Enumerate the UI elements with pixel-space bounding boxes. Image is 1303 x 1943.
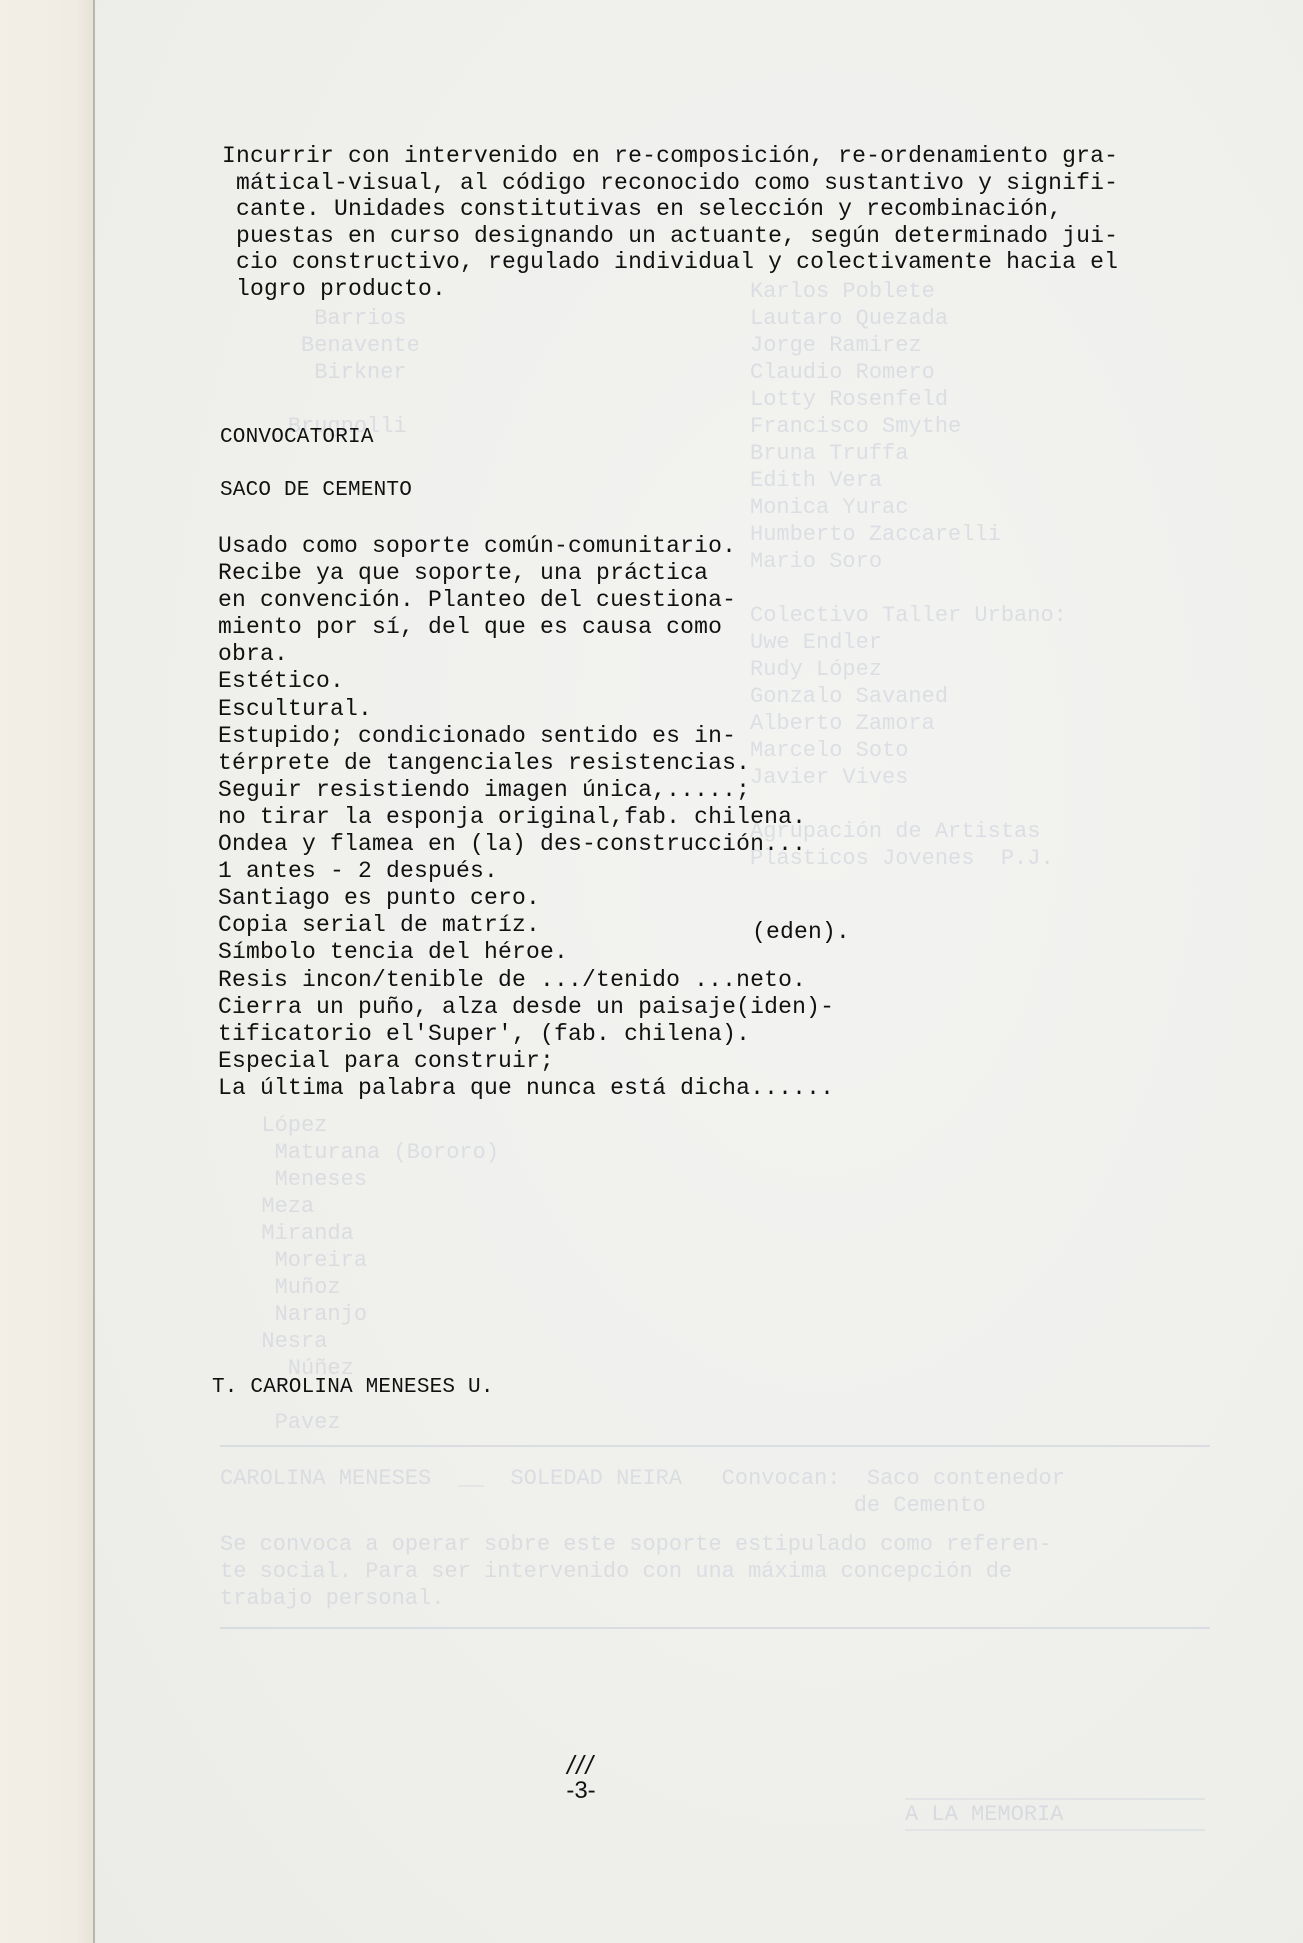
intro-line: cio constructivo, regulado individual y …: [222, 249, 1118, 276]
show-through-line: Moreira: [235, 1247, 499, 1274]
poem-line: Seguir resistiendo imagen única,.....;: [218, 777, 834, 804]
intro-line: mátical-visual, al código reconocido com…: [222, 170, 1118, 197]
poem-line: Recibe ya que soporte, una práctica: [218, 560, 834, 587]
show-through-memoria: A LA MEMORIA: [905, 1798, 1205, 1831]
show-through-line: Meza: [235, 1193, 499, 1220]
poem-line: La última palabra que nunca está dicha..…: [218, 1075, 834, 1102]
show-through-box-line: Se convoca a operar sobre este soporte e…: [220, 1531, 1210, 1558]
poem-line: miento por sí, del que es causa como: [218, 614, 834, 641]
poem-line: térprete de tangenciales resistencias.: [218, 750, 834, 777]
intro-line: logro producto.: [222, 276, 1118, 303]
poem-line: 1 antes - 2 después.: [218, 858, 834, 885]
page-number: -3-: [556, 1778, 606, 1804]
section-heading-title: SACO DE CEMENTO: [220, 478, 412, 505]
poem-line: Usado como soporte común-comunitario.: [218, 533, 834, 560]
show-through-line: Edith Vera: [750, 467, 1067, 494]
poem-line: Estético.: [218, 668, 834, 695]
section-heading-convocatoria: CONVOCATORIA: [220, 425, 374, 452]
poem-line: Copia serial de matríz.: [218, 912, 834, 939]
poem-line: Especial para construir;: [218, 1048, 834, 1075]
show-through-line: [235, 386, 420, 413]
poem-line: Santiago es punto cero.: [218, 885, 834, 912]
show-through-line: Monica Yurac: [750, 494, 1067, 521]
poem-line: Estupido; condicionado sentido es in-: [218, 723, 834, 750]
poem-line: tificatorio el'Super', (fab. chilena).: [218, 1021, 834, 1048]
show-through-box-line: te social. Para ser intervenido con una …: [220, 1558, 1210, 1585]
show-through-line: Bruna Truffa: [750, 440, 1067, 467]
show-through-line: Meneses: [235, 1166, 499, 1193]
show-through-line: Muñoz: [235, 1274, 499, 1301]
intro-line: Incurrir con intervenido en re-composici…: [222, 143, 1118, 170]
show-through-box-line: trabajo personal.: [220, 1585, 1210, 1612]
show-through-line: Lotty Rosenfeld: [750, 386, 1067, 413]
intro-line: cante. Unidades constitutivas en selecci…: [222, 196, 1118, 223]
show-through-box-line: CAROLINA MENESES __ SOLEDAD NEIRA Convoc…: [220, 1447, 1210, 1492]
continuation-slashes: ///: [556, 1752, 606, 1778]
poem-line: Símbolo tencia del héroe.: [218, 939, 834, 966]
page-number-marker: /// -3-: [556, 1752, 606, 1804]
poem-line: Escultural.: [218, 696, 834, 723]
show-through-line: López: [235, 1112, 499, 1139]
show-through-line: Jorge Ramirez: [750, 332, 1067, 359]
show-through-line: Benavente: [235, 332, 420, 359]
poem-line: Ondea y flamea en (la) des-construcción.…: [218, 831, 834, 858]
show-through-line: Lautaro Quezada: [750, 305, 1067, 332]
poem-line: no tirar la esponja original,fab. chilen…: [218, 804, 834, 831]
poem-line: Resis incon/tenible de .../tenido ...net…: [218, 967, 834, 994]
poem-line: obra.: [218, 641, 834, 668]
show-through-line: Nesra: [235, 1328, 499, 1355]
poem-line: en convención. Planteo del cuestiona-: [218, 587, 834, 614]
poem-text: Usado como soporte común-comunitario.Rec…: [218, 533, 834, 1102]
show-through-line: Miranda: [235, 1220, 499, 1247]
intro-paragraph: Incurrir con intervenido en re-composici…: [222, 143, 1118, 302]
show-through-line: Maturana (Bororo): [235, 1139, 499, 1166]
show-through-box-line: de Cemento: [220, 1492, 1210, 1519]
show-through-line: Naranjo: [235, 1301, 499, 1328]
author-signature: T. CAROLINA MENESES U.: [212, 1375, 494, 1402]
poem-aside: (eden).: [752, 919, 850, 946]
show-through-line: Birkner: [235, 359, 420, 386]
show-through-line: Francisco Smythe: [750, 413, 1067, 440]
show-through-line: Pavez: [235, 1409, 499, 1436]
poem-line: Cierra un puño, alza desde un paisaje(id…: [218, 994, 834, 1021]
binding-margin: [0, 0, 94, 1943]
show-through-line: Claudio Romero: [750, 359, 1067, 386]
show-through-box: CAROLINA MENESES __ SOLEDAD NEIRA Convoc…: [220, 1445, 1210, 1629]
show-through-line: Barrios: [235, 305, 420, 332]
show-through-left-column-top: Barrios Benavente Birkner Brugnolli: [235, 278, 420, 440]
intro-line: puestas en curso designando un actuante,…: [222, 223, 1118, 250]
